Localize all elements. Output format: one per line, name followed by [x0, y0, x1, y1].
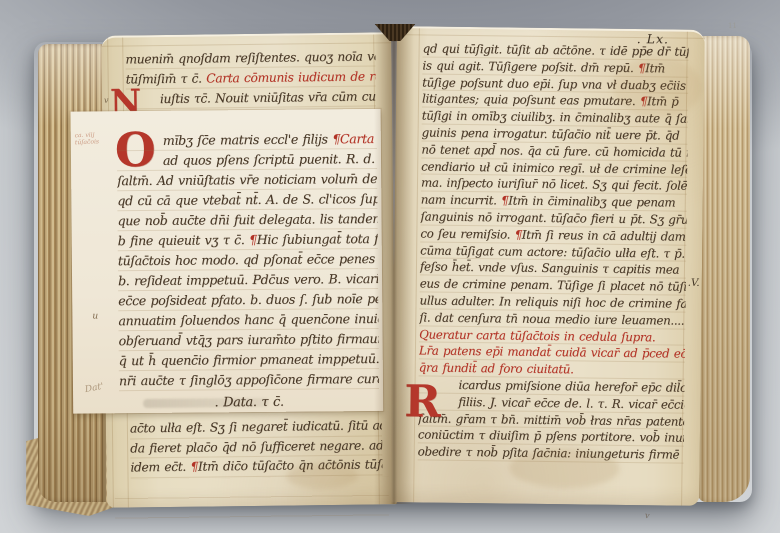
- manuscript-line: qd cū cā que vtebat̄ nt̄. A. de S. cl'ic…: [117, 189, 377, 211]
- slip-margin-dat: Dat': [84, 382, 104, 395]
- right-page: . Lx. .V. qd qui tūſigit. tūſit ab ac̄tō…: [391, 26, 705, 506]
- ink-text: que nob̄ auc̄te dn̄i fuit delegata. lis …: [117, 210, 377, 228]
- ink-text: cūma tūſigat cum actore: tūſac̄io ulła e…: [420, 243, 686, 261]
- ink-text: litigantes; quia poſsunt eas pmutare.: [422, 92, 640, 109]
- margin-mark-v: .V.: [688, 278, 700, 289]
- ink-text: idem ec̄t.: [130, 460, 190, 475]
- ink-text: mībʒ ſc̄e matris eccl'e filijs: [163, 131, 333, 147]
- slip-datum-line: . Data. τ c̄.: [119, 392, 379, 413]
- rubric-text: Carta cōmunis iudicum de re iud.: [206, 69, 376, 85]
- pencil-foliation: 11: [728, 22, 737, 30]
- manuscript-line: mībʒ ſc̄e matris eccl'e filijs ¶Carta tū…: [117, 129, 377, 151]
- rubric-text: ¶Carta tūſac̄ois.: [332, 130, 377, 146]
- ink-text: qd qui tūſigit. tūſit ab ac̄tōne. τ idē …: [423, 41, 689, 59]
- ink-text: ſanguinis nō irrogant. tūſac̄o fieri u p…: [421, 209, 687, 227]
- ink-text: icardus pmiſsione diūa herefor̄ ep̄c dil…: [458, 378, 684, 395]
- ink-text: ſi. dat cenſura tn̄ noua medio iure leua…: [419, 310, 684, 327]
- ink-text: ec̄ce poſsideat pfato. b. duos ſ. ſub no…: [118, 291, 378, 309]
- parchment-stain: [509, 448, 619, 489]
- right-page-edge-stack: [698, 36, 750, 502]
- ink-text: Itm̄ in c̄iminalibʒ que penam: [508, 194, 675, 210]
- ink-text: is qui agit. Tūſigere poſsit. dm̄ repū.: [422, 58, 638, 75]
- bottom-check-mark: v: [644, 511, 650, 521]
- ink-text: ſaltm̄. Ad vniūſtatis vr̄e noticiam volu…: [117, 171, 377, 189]
- ink-text: b. reſideat imppetuū. Pdc̄us vero. B. vi…: [118, 271, 378, 289]
- manuscript-line: annuatim ſoluendos hanc q̄ quenc̄one inu…: [118, 309, 378, 331]
- guide-letter: v: [104, 96, 109, 105]
- ink-text: feſso h̄et̄. vnde vſus. Sanguinis τ capi…: [420, 260, 679, 277]
- ink-text: muenim̄ qnoſdam reſiſtentes. quoʒ noīa v…: [125, 49, 375, 66]
- ink-text: tūſac̄tois hoc modo. qd pſonat̄ ec̄ce pe…: [118, 251, 378, 269]
- ink-text: nō tenet apd̄ nos. q̄a cū fure. cū homic…: [421, 142, 687, 159]
- rubric-text: Queratur carta tūſac̄tois in cedula ſupr…: [419, 327, 655, 344]
- manuscript-line: que nob̄ auc̄te dn̄i fuit delegata. lis …: [117, 209, 377, 231]
- rubric-text: ¶: [190, 460, 198, 474]
- rubric-text: q̄ra fundit̄ ad foro ciuitatū.: [419, 361, 574, 377]
- manuscript-line: obſeruand̄ vtq̄ʒ pars iuram̄to pſtito fi…: [118, 329, 378, 351]
- manuscript-line: nr̄i auc̄te τ ſinglōʒ appoſic̄one firmar…: [119, 369, 379, 391]
- ink-text: cendiario uł cū inimico regī. uł de crim…: [421, 159, 687, 176]
- slip-margin-note: ca. viij tūſac̄ois: [75, 130, 118, 146]
- manuscript-line: q̄ ut h̄ quenc̄io firmior pmaneat imppet…: [119, 349, 379, 371]
- ink-text: ac̄to ulła eſt. Sʒ ſi negaret̄ iudicatū.…: [130, 418, 382, 436]
- manuscript-photo: { "colors": { "background_top": "#82868e…: [0, 0, 780, 533]
- ink-text: ad quos pſens ſcriptū puenit. R. d. O Ju…: [163, 150, 377, 167]
- ink-text: b fine quieuit vʒ τ c̄.: [118, 232, 250, 248]
- ink-text: da fieret plac̄o q̄d nō ſufficeret negar…: [130, 438, 382, 455]
- tipped-in-slip: ca. viij tūſac̄ois u Dat' O mībʒ ſc̄e ma…: [71, 109, 384, 414]
- ink-text: guinis pena irrogatur. tūſac̄io nit̄ uer…: [422, 125, 680, 142]
- manuscript-line: ec̄ce poſsideat pfato. b. duos ſ. ſub no…: [118, 289, 378, 311]
- slip-margin-letter: u: [92, 311, 98, 321]
- manuscript-line: ſaltm̄. Ad vniūſtatis vr̄e noticiam volu…: [117, 169, 377, 191]
- slip-text: mībʒ ſc̄e matris eccl'e filijs ¶Carta tū…: [117, 129, 379, 391]
- manuscript-line: b. reſideat imppetuū. Pdc̄us vero. B. vi…: [118, 269, 378, 291]
- ink-text: nam incurrit.: [421, 193, 501, 208]
- manuscript-line: b fine quieuit vʒ τ c̄. ¶Hic ſubiungat̄ …: [118, 229, 378, 251]
- ink-text: ullus adulter. In reliquis niſi hoc de c…: [419, 293, 685, 310]
- left-page-top-text: muenim̄ qnoſdam reſiſtentes. quoʒ noīa v…: [125, 46, 376, 109]
- ink-text: coniūctim τ diuiſim p̄ pſens portitore. …: [418, 428, 684, 446]
- ink-text: q̄ ut h̄ quenc̄io firmior pmaneat imppet…: [119, 351, 379, 369]
- ink-text: filiis. J. vicar̄ ec̄ce de. l. τ. R. vic…: [458, 395, 684, 412]
- ink-text: ſaltm̄. gr̄am τ bn̄. mittim̄ vob̄ łras n…: [418, 411, 684, 428]
- ink-text: eus de crimine penam. Tūſige ſi placet n…: [420, 277, 686, 294]
- rubric-text: ¶: [249, 232, 257, 247]
- ink-text: co ſeu remiſsio.: [420, 226, 514, 241]
- parchment-stain: [612, 57, 703, 118]
- manuscript-line: ad quos pſens ſcriptū puenit. R. d. O Ju…: [117, 149, 377, 171]
- ink-text: ma. inſpecto iuriſiur̄ nō licet. Sʒ qui …: [421, 176, 687, 194]
- rubric-text: Lr̄a patens ep̄i mandat̄ cuidā vicar̄ ad…: [419, 344, 685, 362]
- initial-r: R: [404, 380, 441, 424]
- manuscript-line: tūſac̄tois hoc modo. qd pſonat̄ ec̄ce pe…: [118, 249, 378, 271]
- ink-text: qd cū cā que vtebat̄ nt̄. A. de S. cl'ic…: [117, 190, 377, 208]
- ink-text: nr̄i auc̄te τ ſinglōʒ appoſic̄one firmar…: [119, 371, 379, 389]
- left-page: v N muenim̄ qnoſdam reſiſtentes. quoʒ no…: [101, 32, 397, 508]
- ink-text: Itm̄ ſi reus in cā adultij dam p̄: [522, 227, 687, 243]
- ink-text: iuſtis τc̄. Nouit vniūſitas vr̄a cūm cur…: [160, 89, 376, 106]
- manuscript-line: iuſtis τc̄. Nouit vniūſitas vr̄a cūm cur…: [126, 86, 376, 109]
- ink-text: annuatim ſoluendos hanc q̄ quenc̄one inu…: [118, 311, 378, 329]
- ink-text: obſeruand̄ vtq̄ʒ pars iuram̄to pſtito fi…: [119, 331, 379, 349]
- ink-text: Hic ſubiungat̄ tota forma: [257, 231, 378, 247]
